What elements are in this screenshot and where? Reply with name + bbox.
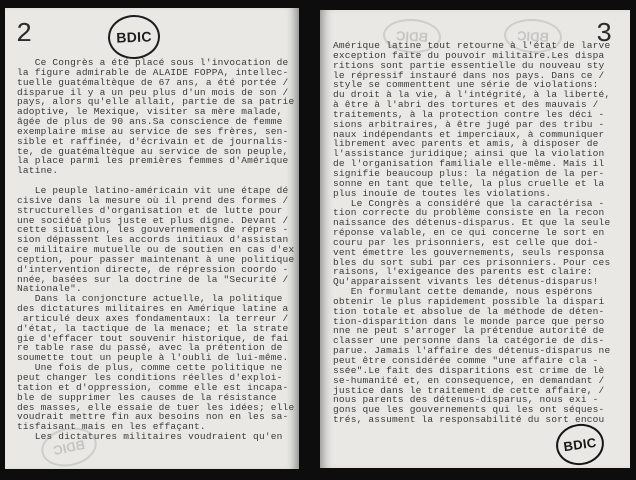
right-page-body-text: Amérique latine tout retourne à l'état d…	[333, 41, 610, 425]
left-page: 2 BDIC Ce Congrès a été placé sous l'inv…	[5, 8, 299, 469]
bdic-stamp-icon: BDIC	[107, 14, 161, 60]
scan-frame: 2 BDIC Ce Congrès a été placé sous l'inv…	[0, 0, 636, 480]
bdic-stamp-icon: BDIC	[553, 421, 606, 468]
right-page: 3 BDIC BDIC Amérique latine tout retourn…	[320, 10, 630, 468]
left-page-number: 2	[16, 22, 32, 49]
left-page-body-text: Ce Congrès a été placé sous l'invocation…	[17, 58, 294, 442]
